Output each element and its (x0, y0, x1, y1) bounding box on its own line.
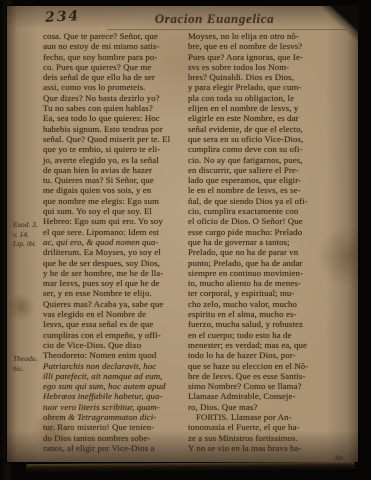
text-line: Tu no sabes con quien hablas? (43, 103, 188, 113)
text-line: fecho, que soy hombre para po- (43, 52, 188, 62)
text-line: Y no se vio en la mas brava ba- (188, 443, 348, 453)
text-line: simo Nombre? Como se llama? (188, 381, 348, 391)
text-line: cumplira como deve con su ofi- (188, 144, 348, 154)
margin-note-exodus-citation: Exod. 3.v. 14.Lip. ibi. (13, 220, 45, 249)
text-line: aun no estoy de mi mismo satis- (43, 41, 188, 51)
text-line: esse cargo pide mucho: Prelado (188, 227, 348, 237)
text-line: assi, como vos lo prometeis. (43, 82, 188, 92)
text-line: que nombre me elegis: Ego sum (43, 196, 188, 206)
text-column-left: cosa. Que te parece? Señor, queaun no es… (43, 31, 188, 453)
text-line: y para elegir Prelado, que cum- (188, 82, 348, 92)
text-line: siempre en continuo movimien- (188, 268, 348, 278)
text-line: vas elegido en el Nombre de (43, 309, 188, 319)
text-line: ser, y en esse Nombre te elijo. (43, 288, 188, 298)
text-line: que sera en su oficio Vice-Dios, (188, 134, 348, 144)
text-line: tonomasia el Fuerte, el que ha- (188, 422, 348, 432)
text-line: el que sere. Lipomano: Idem est (43, 227, 188, 237)
text-column-right: Moyses, no lo elija en otro nõ-bre, que … (188, 31, 348, 453)
text-line: que se haze su eleccion en el Nõ- (188, 361, 348, 371)
text-line: deis señal de que ello ha de ser (43, 72, 188, 82)
text-line: Lip. ibi. (13, 239, 45, 249)
text-line: Llamase Admirable, Conseje- (188, 391, 348, 401)
text-line: en el cuerpo; todo esto ha de (188, 330, 348, 340)
text-line: y he de ser hombre, me he de lla- (43, 268, 188, 278)
text-line: tu. Quieres mas? Si Señor, que (43, 175, 188, 185)
text-line: mar Iesvs, pues soy el que he de (43, 278, 188, 288)
text-line: lado que esperamos, que eligir- (188, 175, 348, 185)
text-line: punto; Prelado, que ha de andar (188, 258, 348, 268)
text-line: Hebreo: Ego sum qui ero. Yo soy (43, 216, 188, 226)
text-line: ter corporal, y espiritual; mu- (188, 288, 348, 298)
text-line: co. Pues que quieres? Que me (43, 62, 188, 72)
text-line: Theodo. (13, 354, 45, 364)
text-line: espiritu en el alma, mucho es- (188, 309, 348, 319)
text-line: bre de Iesvs. Que es esse Santis- (188, 371, 348, 381)
page-number: 234 (45, 8, 81, 26)
running-title: Oracion Euangelica (97, 11, 332, 27)
text-line: Iesvs, que essa señal es de que (43, 319, 188, 329)
text-line: ranos, al eligir por Vice-Dios a (43, 443, 188, 453)
text-line: eligirle en este Nombre, es dar (188, 113, 348, 123)
text-line: ñal, de que siendo Dios ya el ofi- (188, 196, 348, 206)
text-line: de quan bien lo avias de hazer (43, 165, 188, 175)
text-line: señal. Que? Quod miserit per te. El (43, 134, 188, 144)
text-line: hic. (13, 364, 45, 374)
catchword: ta- (335, 452, 345, 462)
text-line: ze a sus Ministros fortissimos. (188, 433, 348, 443)
header-rule (107, 29, 347, 30)
text-line: cio de Vice-Dios. Que dixo (43, 340, 188, 350)
page-corner-shadow (323, 5, 359, 47)
text-line: do Dios tantos nombres sobe- (43, 433, 188, 443)
text-line: FORTIS. Llamase por An- (188, 412, 348, 422)
text-line: habebis signum. Esto tendras por (43, 124, 188, 134)
text-line: tuor vero literis scribitur, quam- (43, 402, 188, 412)
margin-note-theodoret-citation: Theodo.hic. (13, 354, 45, 373)
text-line: driliterum. Ea Moyses, yo soy el (43, 247, 188, 257)
text-line: le en el nombre de Iesvs, es se- (188, 185, 348, 195)
text-line: ac, qui ero, & quod nomen qua- (43, 237, 188, 247)
text-line: Prelado, que no ha de parar vn (188, 247, 348, 257)
text-line: ro, Dios. Que mas? (188, 402, 348, 412)
text-line: señal evidente, de que el electo, (188, 124, 348, 134)
text-line: Quieres mas? Acaba ya, sabe que (43, 299, 188, 309)
text-line: Que dizes? No basta dezirlo yo? (43, 93, 188, 103)
text-line: elijen en el nombre de Iesvs, y (188, 103, 348, 113)
text-line: cho zelo, mucho valor, mucho (188, 299, 348, 309)
text-line: que yo te embio, si quiero te eli- (43, 144, 188, 154)
text-line: Exod. 3. (13, 220, 45, 230)
text-line: cio. No ay que fatigarnos, pues, (188, 155, 348, 165)
text-line: Hebræos ineffabile habetur, qua- (43, 391, 188, 401)
text-line: que ha de governar a tantos; (188, 237, 348, 247)
text-line: todo lo ha de hazer Dios, por- (188, 350, 348, 360)
text-line: cio, cumplira exactamente con (188, 206, 348, 216)
text-line: Theodoreto: Nomen enim quod (43, 350, 188, 360)
book-page: 234 Oracion Euangelica Exod. 3.v. 14.Lip… (7, 6, 358, 462)
text-line: Patriarchis non declaravit, hoc (43, 361, 188, 371)
text-line: qui sum. Yo soy el que soy. El (43, 206, 188, 216)
text-line: en discurrir, que saliere el Pre- (188, 165, 348, 175)
text-line: menester; es verdad; mas ea, que (188, 340, 348, 350)
text-line: Ea, sea todo lo que quieres: Hoc (43, 113, 188, 123)
text-line: cosa. Que te parece? Señor, que (43, 31, 188, 41)
text-line: el oficio de Dios. O Señor! Que (188, 216, 348, 226)
text-line: v. 14. (13, 230, 45, 240)
text-line: que he de ser despues, soy Dios, (43, 258, 188, 268)
text-line: pla con toda su obligacion, le (188, 93, 348, 103)
text-line: fuerzo, mucha salud, y robustez (188, 319, 348, 329)
text-line: jo, averte elegido yo, es la señal (43, 155, 188, 165)
text-line: ego sum qui sum, hoc autem apud (43, 381, 188, 391)
text-line: bres? Quinaldi. Dios es Dios, (188, 72, 348, 82)
text-line: me digais quien vos sois, y en (43, 185, 188, 195)
text-line: obrem & Tetragrammaton dici- (43, 412, 188, 422)
text-line: cumpliras con el empeño, y offi- (43, 330, 188, 340)
text-line: tur. Raro misterio! Que tenien- (43, 422, 188, 432)
text-line: to, mucho aliento ha de menes- (188, 278, 348, 288)
text-line: svs es sobre todos los Nom- (188, 62, 348, 72)
text-line: Pues que? Aora ignoras, que Ie- (188, 52, 348, 62)
text-line: illi patefecit, ait namque ad eum, (43, 371, 188, 381)
